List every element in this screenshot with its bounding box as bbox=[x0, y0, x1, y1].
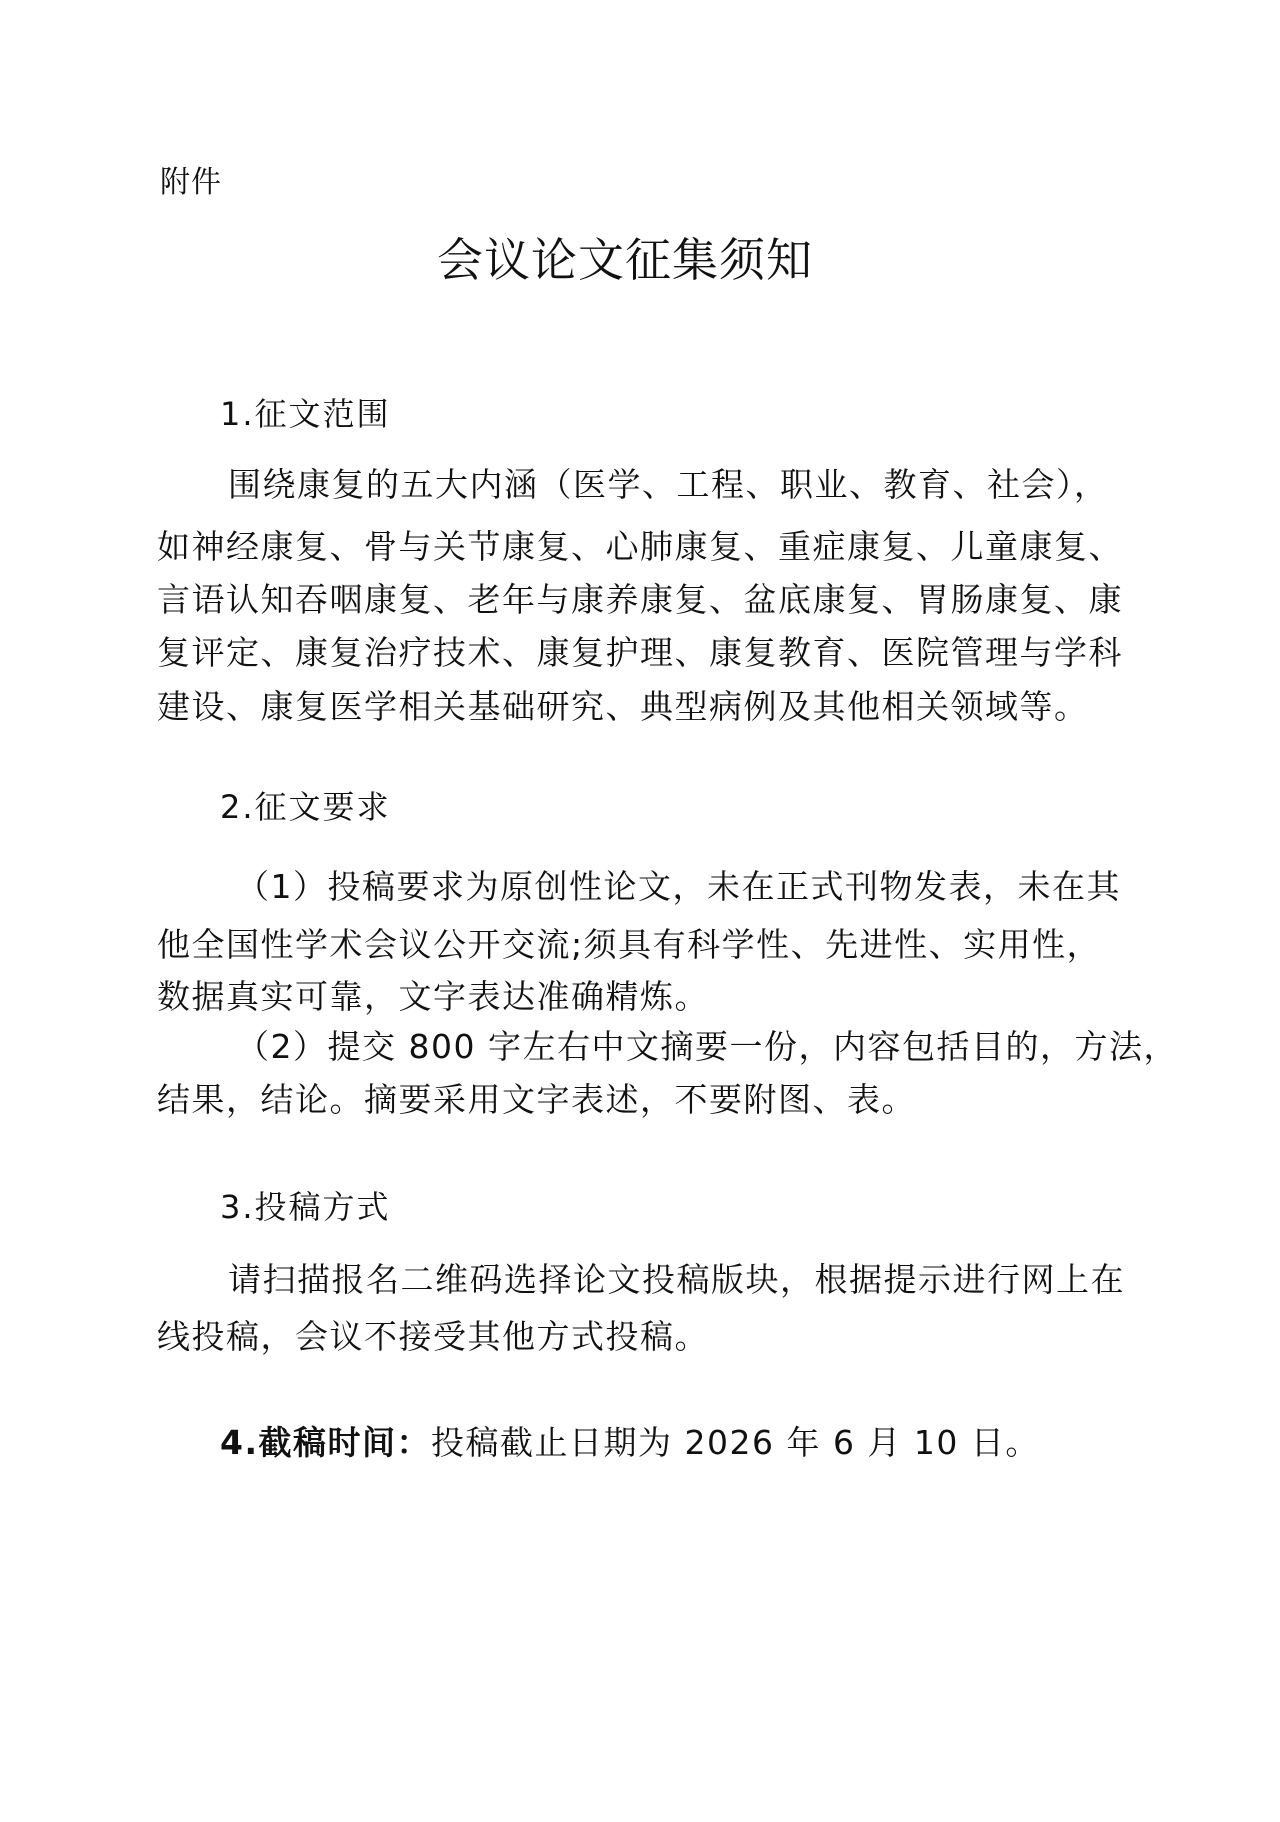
paragraph-line: 建设、康复医学相关基础研究、典型病例及其他相关领域等。 bbox=[157, 688, 1089, 726]
section-deadline: 4.截稿时间：投稿截止日期为 2026 年 6 月 10 日。 bbox=[220, 1424, 1040, 1462]
paragraph-line: （1）投稿要求为原创性论文，未在正式刊物发表，未在其 bbox=[236, 868, 1121, 906]
paragraph-line: 复评定、康复治疗技术、康复护理、康复教育、医院管理与学科 bbox=[157, 634, 1123, 672]
paragraph-line: 结果，结论。摘要采用文字表述，不要附图、表。 bbox=[157, 1081, 916, 1119]
paragraph-line: （2）提交 800 字左右中文摘要一份，内容包括目的，方法， bbox=[236, 1028, 1178, 1066]
section-heading: 1.征文范围 bbox=[220, 396, 391, 432]
attachment-label: 附件 bbox=[160, 165, 222, 201]
paragraph-line: 他全国性学术会议公开交流;须具有科学性、先进性、实用性， bbox=[157, 926, 1101, 964]
paragraph-line: 线投稿，会议不接受其他方式投稿。 bbox=[157, 1318, 709, 1356]
paragraph-line: 围绕康复的五大内涵（医学、工程、职业、教育、社会）， bbox=[228, 466, 1109, 504]
paragraph-line: 数据真实可靠，文字表达准确精炼。 bbox=[157, 978, 709, 1016]
section-heading: 2.征文要求 bbox=[220, 789, 391, 825]
section-heading: 4.截稿时间： bbox=[220, 1423, 431, 1462]
deadline-text: 投稿截止日期为 2026 年 6 月 10 日。 bbox=[431, 1423, 1040, 1462]
paragraph-line: 言语认知吞咽康复、老年与康养康复、盆底康复、胃肠康复、康 bbox=[157, 581, 1123, 619]
paragraph-line: 请扫描报名二维码选择论文投稿版块，根据提示进行网上在 bbox=[228, 1261, 1125, 1299]
paragraph-line: 如神经康复、骨与关节康复、心肺康复、重症康复、儿童康复、 bbox=[157, 528, 1123, 566]
page-title: 会议论文征集须知 bbox=[0, 235, 1250, 285]
section-heading: 3.投稿方式 bbox=[220, 1189, 391, 1225]
